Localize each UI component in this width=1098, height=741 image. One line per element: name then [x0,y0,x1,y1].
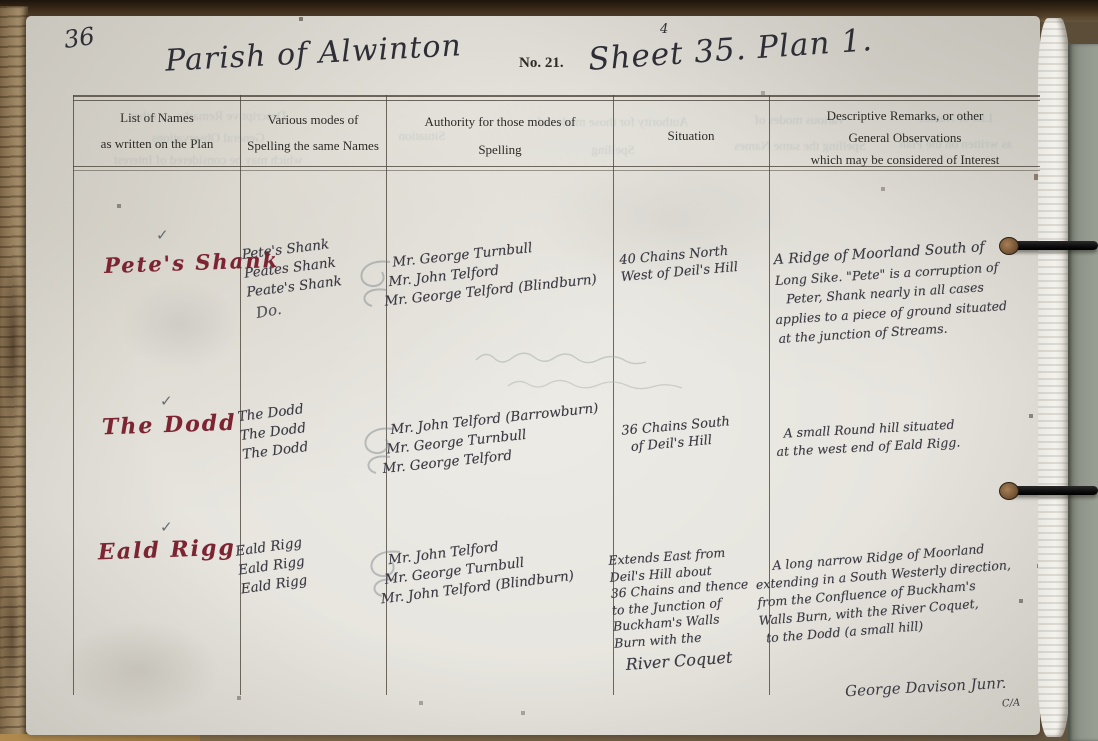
binding-stain [2,250,24,440]
table-rule-top-2 [73,100,1040,101]
page-stack-right-edge [1038,18,1070,737]
ink-bleed-flourish [352,256,398,310]
header-spelling-modes-line1: Various modes of [242,112,384,128]
header-remarks-line1: Descriptive Remarks, or other [772,108,1038,124]
name-eald-rigg: Eald Rigg [98,535,237,566]
column-border [240,95,241,695]
header-names-line1: List of Names [76,110,238,126]
grommet-hole [999,482,1019,500]
book-cover-right [1068,44,1098,741]
pencil-annotation [468,342,768,404]
binding-cord [1005,241,1098,250]
table-rule-top [73,95,1040,97]
header-authority-line2: Spelling [388,142,612,158]
checkmark: ✓ [160,392,173,410]
header-authority-line1: Authority for those modes of [388,114,612,130]
book-number: No. 21. [519,55,564,72]
dirt-specks [0,0,2,2]
sheet-insert-number: 4 [660,22,668,37]
column-border [73,95,74,695]
signature-rank: C/A [1002,698,1021,710]
checkmark: ✓ [160,518,173,536]
table-wood-edge [0,734,200,741]
header-names-line2: as written on the Plan [76,136,238,152]
header-remarks-line3: which may be considered of Interest [772,152,1038,168]
binding-stain [2,560,22,710]
name-the-dodd: The Dodd [102,410,237,441]
header-rule-2 [73,170,1040,171]
page-number: 36 [62,22,96,54]
binding-cord [1005,486,1098,495]
photographed-record-book: 36 Parish of Alwinton No. 21. Sheet 35. … [0,0,1098,741]
header-remarks-line2: General Observations [772,130,1038,146]
header-situation: Situation [615,128,767,144]
checkmark: ✓ [156,226,169,244]
header-spelling-modes-line2: Spelling the same Names [242,138,384,154]
